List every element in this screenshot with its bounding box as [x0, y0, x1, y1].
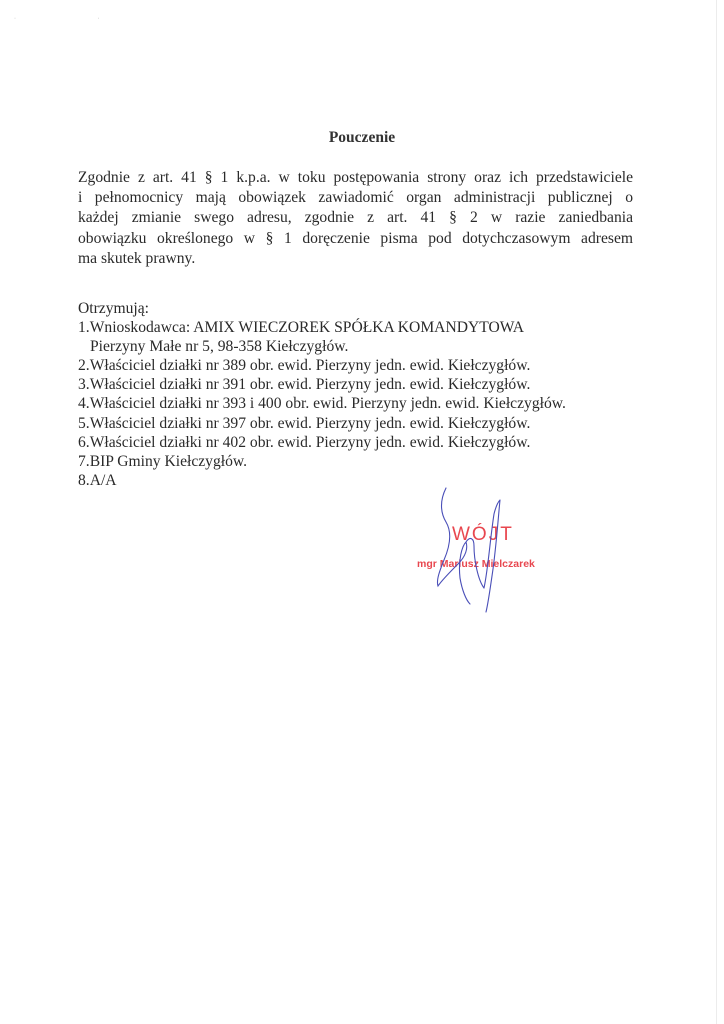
paragraph-line: i pełnomocnicy mają obowiązek zawiadomić…: [78, 188, 633, 208]
page-edge: [716, 0, 717, 1024]
instruction-paragraph: Zgodnie z art. 41 § 1 k.p.a. w toku post…: [78, 168, 633, 269]
signature-stamp: WÓJT mgr Mariusz Mielczarek: [400, 480, 580, 620]
recipient-item: 3.Właściciel działki nr 391 obr. ewid. P…: [78, 375, 678, 394]
recipient-address: Pierzyny Małe nr 5, 98-358 Kiełczygłów.: [78, 337, 678, 356]
recipient-item: 2.Właściciel działki nr 389 obr. ewid. P…: [78, 356, 678, 375]
recipient-item: 7.BIP Gminy Kiełczygłów.: [78, 452, 678, 471]
paragraph-line: każdej zmianie swego adresu, zgodnie z a…: [78, 208, 633, 228]
scan-artifact: · ·: [14, 16, 140, 22]
recipient-item: 4.Właściciel działki nr 393 i 400 obr. e…: [78, 394, 678, 413]
recipient-item: 5.Właściciel działki nr 397 obr. ewid. P…: [78, 414, 678, 433]
document-page: · · Pouczenie Zgodnie z art. 41 § 1 k.p.…: [0, 0, 724, 1024]
recipient-item: 6.Właściciel działki nr 402 obr. ewid. P…: [78, 433, 678, 452]
paragraph-line: Zgodnie z art. 41 § 1 k.p.a. w toku post…: [78, 168, 633, 188]
recipients-heading: Otrzymują:: [78, 299, 678, 318]
paragraph-line: obowiązku określonego w § 1 doręczenie p…: [78, 229, 633, 249]
recipient-item: 1.Wnioskodawca: AMIX WIECZOREK SPÓŁKA KO…: [78, 318, 678, 337]
document-title: Pouczenie: [0, 129, 724, 147]
handwritten-signature-icon: [400, 480, 580, 620]
paragraph-line: ma skutek prawny.: [78, 249, 633, 269]
recipient-item: 8.A/A: [78, 471, 678, 490]
recipients-list: Otrzymują: 1.Wnioskodawca: AMIX WIECZORE…: [78, 299, 678, 490]
